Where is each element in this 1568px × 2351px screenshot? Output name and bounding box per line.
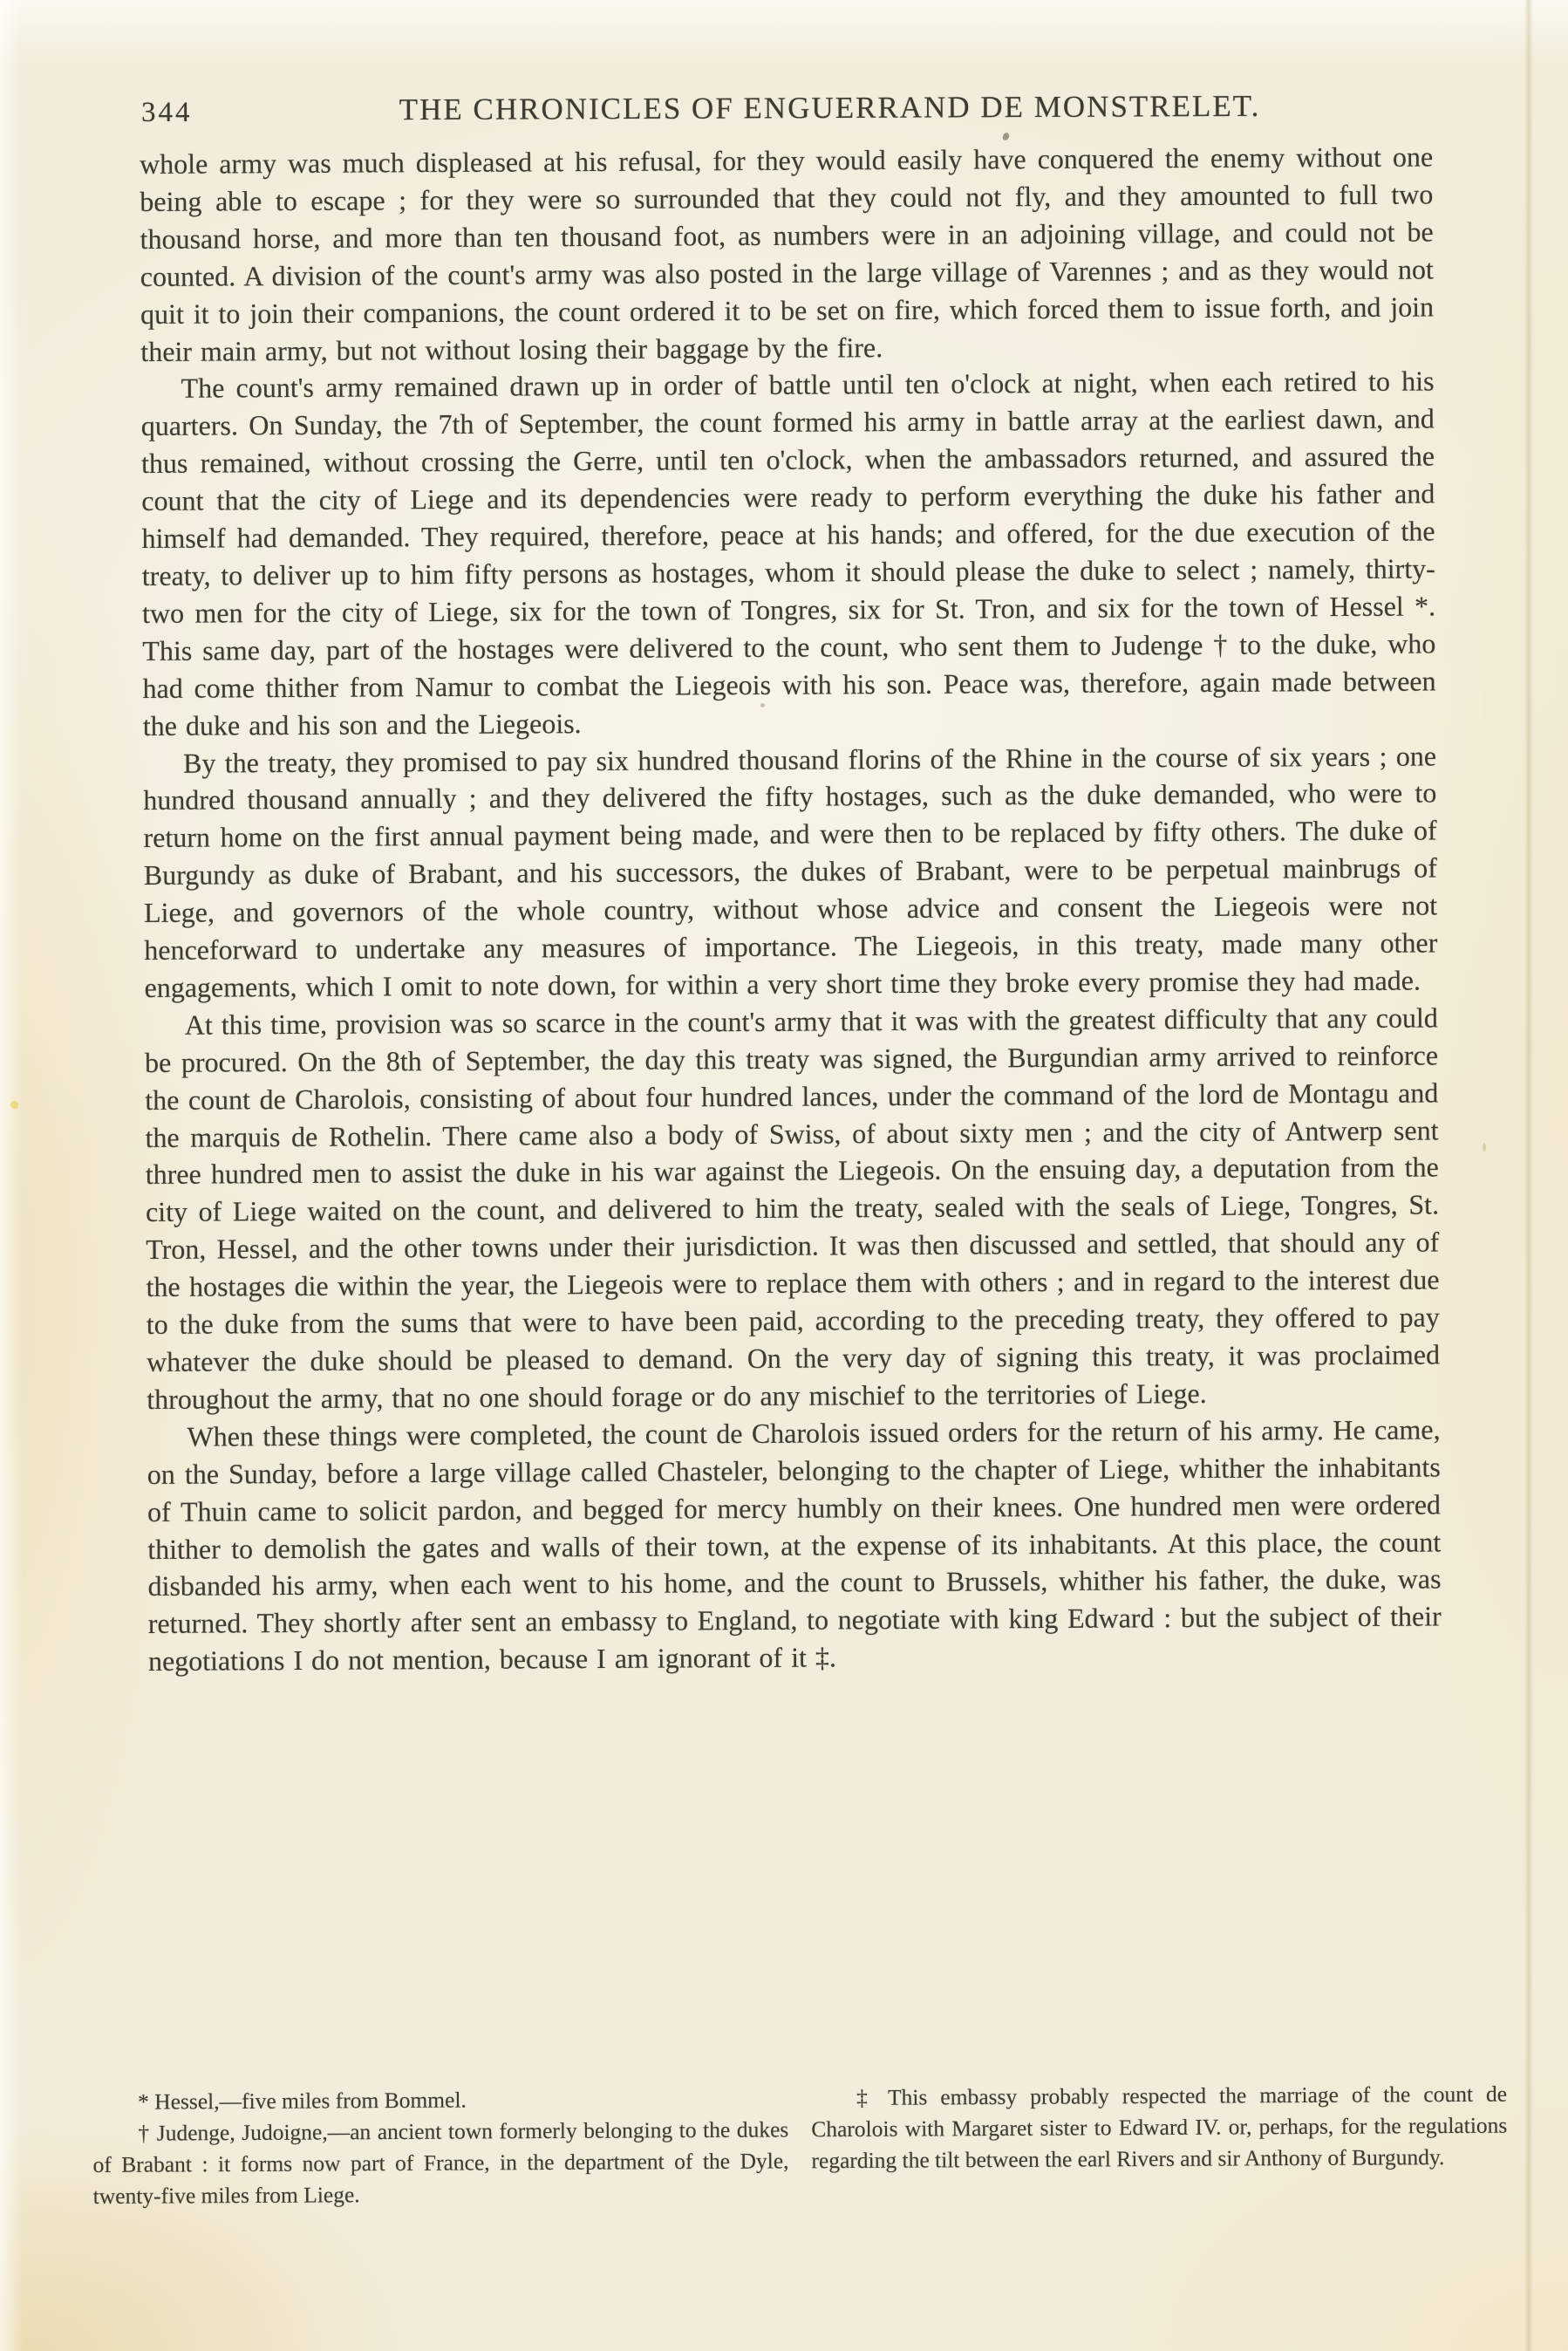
page-header: 344 THE CHRONICLES OF ENGUERRAND DE MONS… (140, 91, 1433, 136)
body-paragraph-1: whole army was much displeased at his re… (140, 138, 1434, 370)
page-title: THE CHRONICLES OF ENGUERRAND DE MONSTREL… (192, 88, 1468, 128)
body-paragraph-4: At this time, provision was so scarce in… (145, 999, 1441, 1418)
scan-speck (10, 1101, 18, 1109)
book-page: 344 THE CHRONICLES OF ENGUERRAND DE MONS… (0, 0, 1568, 2351)
body-paragraph-3: By the treaty, they promised to pay six … (143, 737, 1438, 1007)
page-number: 344 (141, 97, 193, 129)
body-paragraph-5: When these things were completed, the co… (147, 1411, 1442, 1680)
footnote-judenge: † Judenge, Judoigne,—an ancient town for… (92, 2114, 789, 2212)
footnotes: * Hessel,—five miles from Bommel. † Jude… (92, 2079, 1508, 2212)
scan-speck (760, 703, 765, 707)
footnote-column-right: ‡ This embassy probably respected the ma… (811, 2079, 1508, 2209)
footnote-column-left: * Hessel,—five miles from Bommel. † Jude… (92, 2082, 789, 2212)
body-text: whole army was much displeased at his re… (140, 138, 1442, 1680)
footnote-embassy: ‡ This embassy probably respected the ma… (811, 2079, 1508, 2177)
body-paragraph-2: The count's army remained drawn up in or… (140, 363, 1435, 745)
footnote-hessel: * Hessel,—five miles from Bommel. (92, 2082, 788, 2118)
page-edge-crease (1524, 0, 1533, 2351)
scan-speck (1483, 1143, 1486, 1152)
